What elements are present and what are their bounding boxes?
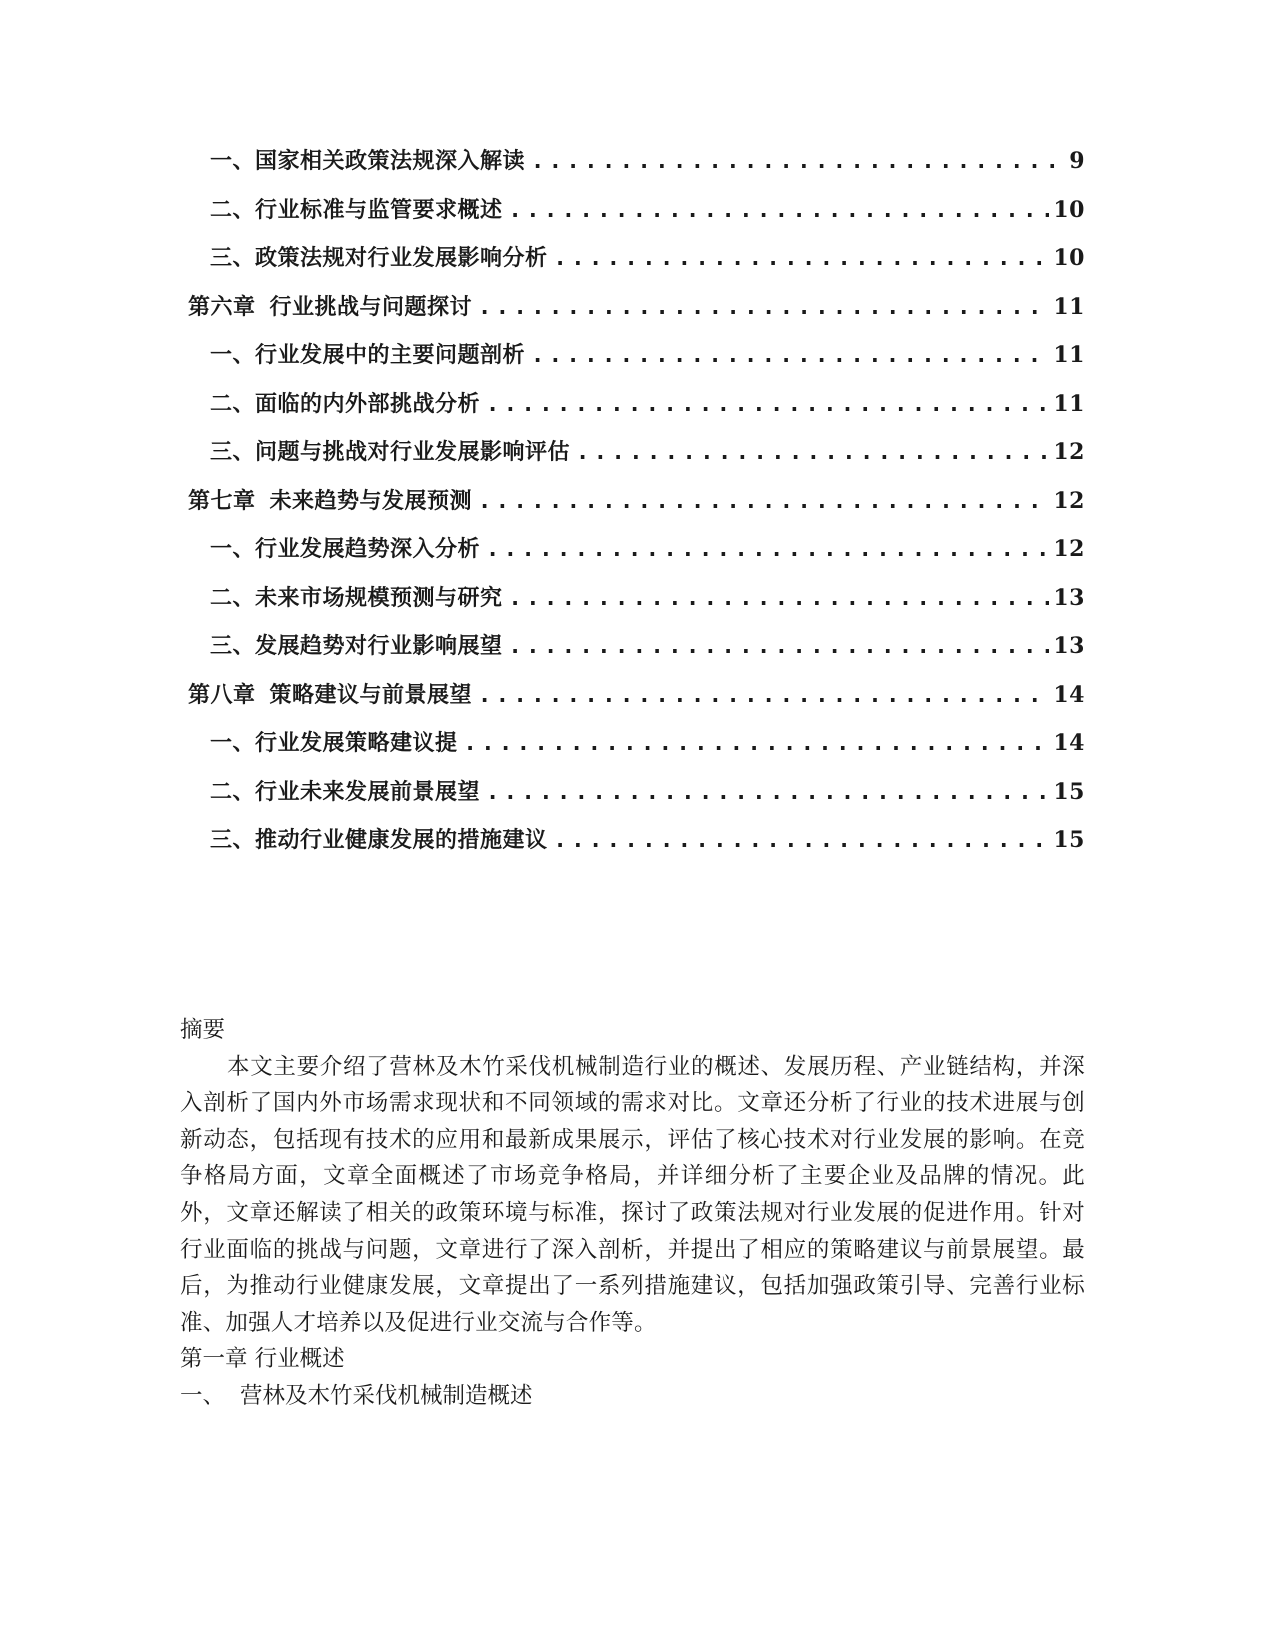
toc-entry-title: 推动行业健康发展的措施建议 (255, 823, 548, 854)
toc-dot-leader (554, 246, 1050, 271)
toc-chapter-number: 第七章 (188, 484, 256, 515)
toc-entry[interactable]: 三、 政策法规对行业发展影响分析 10 (188, 241, 1085, 290)
section-number: 一、 (180, 1378, 240, 1415)
toc-entry-page: 11 (1053, 294, 1085, 320)
toc-entry-page: 13 (1053, 633, 1085, 659)
abstract-heading: 摘要 (180, 1012, 1085, 1049)
toc-chapter-entry[interactable]: 第七章 未来趋势与发展预测 12 (188, 484, 1085, 533)
abstract-paragraph: 本文主要介绍了营林及木竹采伐机械制造行业的概述、发展历程、产业链结构，并深入剖析… (180, 1049, 1085, 1342)
toc-entry-number: 二、 (210, 193, 255, 224)
toc-entry-title: 发展趋势对行业影响展望 (255, 629, 503, 660)
toc-entry[interactable]: 一、 行业发展中的主要问题剖析 11 (188, 338, 1085, 387)
toc-entry-title: 面临的内外部挑战分析 (255, 387, 480, 418)
toc-entry-number: 二、 (210, 775, 255, 806)
toc-entry-number: 一、 (210, 144, 255, 175)
toc-entry-number: 一、 (210, 338, 255, 369)
toc-entry-number: 三、 (210, 241, 255, 272)
toc-entry[interactable]: 三、 问题与挑战对行业发展影响评估 12 (188, 435, 1085, 484)
toc-entry[interactable]: 二、 未来市场规模预测与研究 13 (188, 581, 1085, 630)
toc-entry-page: 12 (1053, 488, 1085, 514)
toc-chapter-number: 第八章 (188, 678, 256, 709)
toc-chapter-entry[interactable]: 第六章 行业挑战与问题探讨 11 (188, 290, 1085, 339)
toc-dot-leader (554, 828, 1050, 853)
document-body: 摘要 本文主要介绍了营林及木竹采伐机械制造行业的概述、发展历程、产业链结构，并深… (180, 1012, 1085, 1415)
toc-entry-page: 11 (1053, 391, 1085, 417)
toc-entry-page: 11 (1053, 342, 1085, 368)
toc-dot-leader (509, 198, 1050, 223)
toc-entry-title: 行业未来发展前景展望 (255, 775, 480, 806)
toc-entry-title: 行业挑战与问题探讨 (270, 290, 473, 321)
toc-entry-page: 12 (1053, 439, 1085, 465)
toc-entry[interactable]: 一、 国家相关政策法规深入解读 9 (188, 144, 1085, 193)
toc-entry-title: 行业标准与监管要求概述 (255, 193, 503, 224)
section-heading: 一、 营林及木竹采伐机械制造概述 (180, 1378, 1085, 1415)
toc-entry-page: 13 (1053, 585, 1085, 611)
table-of-contents: 一、 国家相关政策法规深入解读 9 二、 行业标准与监管要求概述 10 三、 政… (188, 144, 1085, 872)
toc-entry[interactable]: 二、 行业标准与监管要求概述 10 (188, 193, 1085, 242)
section-title: 营林及木竹采伐机械制造概述 (240, 1378, 533, 1415)
toc-entry-number: 一、 (210, 726, 255, 757)
toc-entry-number: 三、 (210, 629, 255, 660)
toc-entry-number: 二、 (210, 387, 255, 418)
toc-chapter-number: 第六章 (188, 290, 256, 321)
toc-entry-number: 三、 (210, 435, 255, 466)
toc-entry-page: 12 (1053, 536, 1085, 562)
toc-entry-title: 行业发展趋势深入分析 (255, 532, 480, 563)
toc-entry-title: 问题与挑战对行业发展影响评估 (255, 435, 570, 466)
toc-dot-leader (486, 537, 1049, 562)
toc-entry-title: 行业发展中的主要问题剖析 (255, 338, 525, 369)
toc-entry-number: 一、 (210, 532, 255, 563)
toc-dot-leader (531, 149, 1065, 174)
toc-dot-leader (478, 489, 1049, 514)
chapter-heading: 第一章 行业概述 (180, 1341, 1085, 1378)
toc-entry[interactable]: 二、 行业未来发展前景展望 15 (188, 775, 1085, 824)
toc-dot-leader (531, 343, 1049, 368)
toc-entry-title: 政策法规对行业发展影响分析 (255, 241, 548, 272)
toc-entry-page: 14 (1053, 730, 1085, 756)
toc-dot-leader (486, 780, 1049, 805)
toc-entry-page: 10 (1053, 245, 1085, 271)
toc-dot-leader (509, 634, 1050, 659)
toc-entry-title: 未来市场规模预测与研究 (255, 581, 503, 612)
toc-entry-title: 行业发展策略建议提 (255, 726, 458, 757)
toc-entry[interactable]: 一、 行业发展趋势深入分析 12 (188, 532, 1085, 581)
toc-entry-number: 二、 (210, 581, 255, 612)
toc-dot-leader (576, 440, 1049, 465)
toc-entry-page: 10 (1053, 197, 1085, 223)
toc-entry-page: 14 (1053, 682, 1085, 708)
toc-entry-title: 未来趋势与发展预测 (270, 484, 473, 515)
toc-entry-number: 三、 (210, 823, 255, 854)
toc-entry-title: 策略建议与前景展望 (270, 678, 473, 709)
toc-dot-leader (464, 731, 1050, 756)
toc-entry[interactable]: 三、 发展趋势对行业影响展望 13 (188, 629, 1085, 678)
toc-entry-page: 15 (1053, 779, 1085, 805)
toc-entry-page: 15 (1053, 827, 1085, 853)
toc-entry-title: 国家相关政策法规深入解读 (255, 144, 525, 175)
toc-dot-leader (486, 392, 1049, 417)
toc-dot-leader (509, 586, 1050, 611)
toc-dot-leader (478, 295, 1049, 320)
toc-chapter-entry[interactable]: 第八章 策略建议与前景展望 14 (188, 678, 1085, 727)
document-page: 一、 国家相关政策法规深入解读 9 二、 行业标准与监管要求概述 10 三、 政… (0, 0, 1275, 1650)
toc-dot-leader (478, 683, 1049, 708)
toc-entry-page: 9 (1069, 148, 1085, 174)
toc-entry[interactable]: 一、 行业发展策略建议提 14 (188, 726, 1085, 775)
toc-entry[interactable]: 三、 推动行业健康发展的措施建议 15 (188, 823, 1085, 872)
toc-entry[interactable]: 二、 面临的内外部挑战分析 11 (188, 387, 1085, 436)
